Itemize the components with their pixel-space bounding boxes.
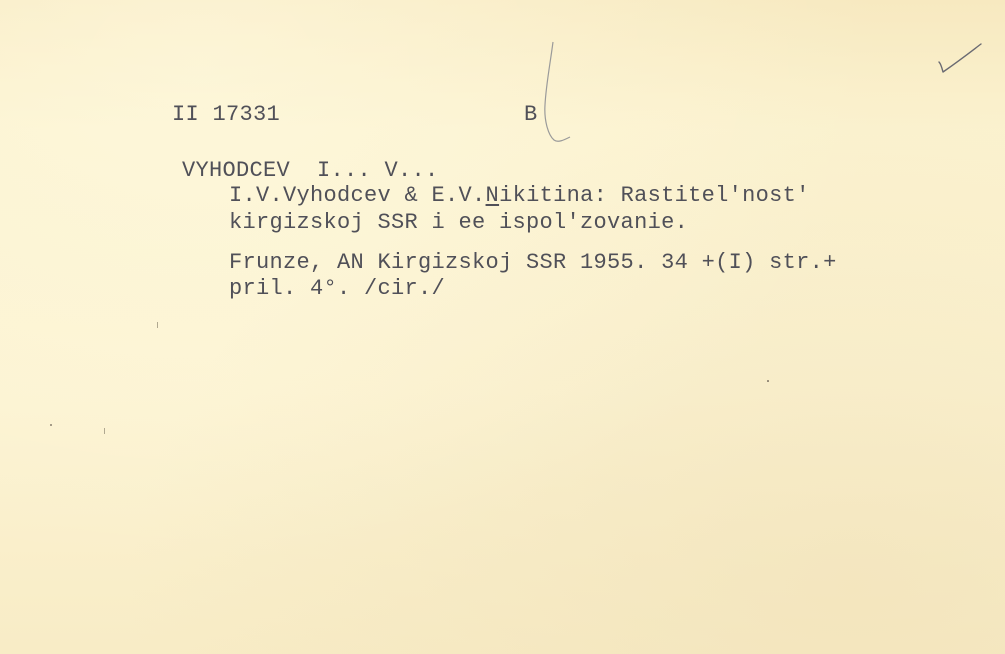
pencil-bracket-icon [540,40,580,150]
call-number: II 17331 [172,104,280,126]
imprint-line-2: pril. 4°. /cir./ [229,278,445,300]
paper-speck [50,424,52,426]
title-underlined-letter: N [486,183,500,208]
catalog-card: II 17331 B VYHODCEV I... V... I.V.Vyhodc… [0,0,1005,654]
paper-speck [157,322,158,328]
paper-speck [767,380,769,382]
title-line-1: I.V.Vyhodcev & E.V.Nikitina: Rastitel'no… [229,185,810,207]
title-line-2: kirgizskoj SSR i ee ispol'zovanie. [229,212,688,234]
title-prefix: I.V.Vyhodcev & E.V. [229,183,486,208]
location-mark: B [524,104,538,126]
imprint-line-1: Frunze, AN Kirgizskoj SSR 1955. 34 +(I) … [229,252,837,274]
title-suffix: ikitina: Rastitel'nost' [499,183,810,208]
author-heading: VYHODCEV I... V... [182,160,439,182]
paper-speck [104,428,105,434]
check-mark-icon [935,40,985,80]
